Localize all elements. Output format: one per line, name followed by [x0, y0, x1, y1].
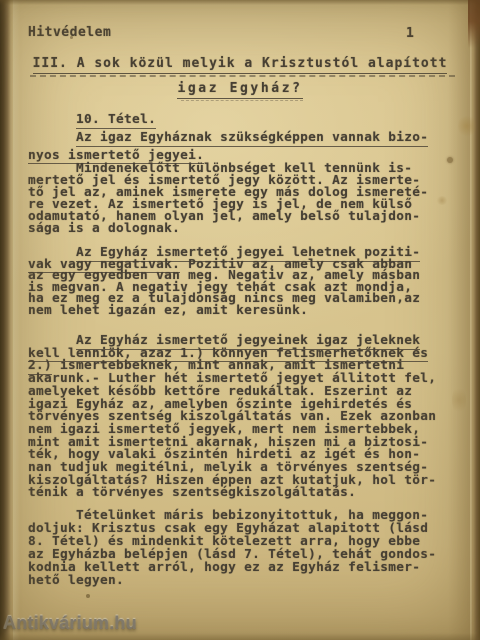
top-edge-shadow: [0, 0, 480, 5]
thesis-statement: Az igaz Egyháznak szükségképpen vannak b…: [28, 129, 458, 164]
antikvarium-watermark: Antikvárium.hu: [3, 613, 137, 634]
running-header-title: Hitvédelem: [28, 25, 111, 40]
left-page-gutter-shadow: [0, 0, 13, 640]
chapter-heading-line2: igaz Egyház?: [24, 81, 456, 99]
chapter-heading-underline: III. A sok közül melyik a Krisztustól al…: [33, 56, 448, 74]
typewritten-line: nem lehet igazán ez, amit keresünk.: [28, 305, 458, 317]
typewritten-line: hető legyen.: [28, 575, 458, 588]
chapter-heading-line1: III. A sok közül melyik a Krisztustól al…: [24, 56, 456, 74]
page-number: 1: [406, 26, 414, 41]
bottom-edge-shadow: [0, 633, 480, 640]
paragraph-2: Az Egyház ismertető jegyei lehetnek pozi…: [28, 247, 458, 317]
typewritten-line: Az igaz Egyháznak szükségképpen vannak b…: [28, 129, 458, 147]
left-paper-highlight: [13, 0, 20, 640]
top-right-binding-mark: [468, 0, 480, 48]
paragraph-1: Mindenekelőtt különbséget kell tennünk i…: [28, 163, 458, 234]
paragraph-3: Az Egyház ismertető jegyeinek igaz jelek…: [28, 335, 458, 500]
typewritten-line: sága is a dolognak.: [28, 223, 458, 235]
paragraph-4: Tételünket máris bebizonyitottuk, ha meg…: [28, 510, 458, 587]
typewritten-line: ténik a törvényes szentségkiszolgáltatás…: [28, 487, 458, 500]
typewritten-line: 10. Tétel.: [28, 111, 458, 128]
section-number-title: 10. Tétel.: [28, 111, 458, 128]
right-page-edge: [470, 0, 480, 640]
chapter-heading-underline: igaz Egyház?: [177, 81, 302, 99]
scanned-book-page: Hitvédelem 1 III. A sok közül melyik a K…: [0, 0, 480, 640]
paper-stain: [86, 594, 90, 598]
